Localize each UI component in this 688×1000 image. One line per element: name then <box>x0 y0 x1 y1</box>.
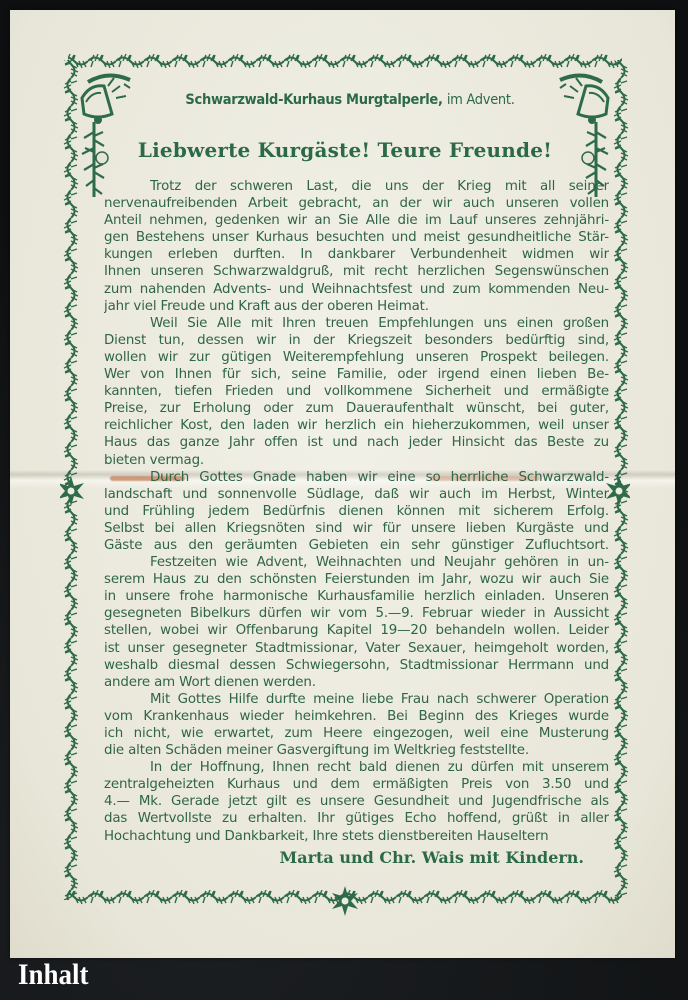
body-line: Haus das ganze Jahr offen ist und nach j… <box>104 434 609 451</box>
body-line: wollen wir zur gütigen Weiterempfehlung … <box>104 349 609 366</box>
body-line: zum nahenden Advents- und Weihnachtsfest… <box>104 281 609 298</box>
body-line: Preise, zur Erholung oder zum Daueraufen… <box>104 400 609 417</box>
salutation-heading: Liebwerte Kurgäste! Teure Freunde! <box>120 138 570 162</box>
body-line: bieten vermag. <box>104 452 609 469</box>
body-line: andere am Wort dienen werden. <box>104 674 609 691</box>
letterhead-suffix: im Advent. <box>447 92 515 108</box>
body-line: Hochachtung und Dankbarkeit, Ihre stets … <box>104 828 609 845</box>
content-caption: Inhalt <box>18 958 89 992</box>
body-line: reichlicher Kost, den laden wir herzlich… <box>104 417 609 434</box>
body-line: 4.— Mk. Gerade jetzt gilt es unsere Gesu… <box>104 793 609 810</box>
letter-body: Trotz der schweren Last, die uns der Kri… <box>104 178 609 845</box>
body-line: die alten Schäden meiner Gasvergiftung i… <box>104 742 609 759</box>
body-line: nervenaufreibenden Arbeit gebracht, an d… <box>104 195 609 212</box>
body-line: ist unser gesegneter Stadtmissionar, Vat… <box>104 640 609 657</box>
body-line: ich nicht, wie erwartet, zum Heere einge… <box>104 725 609 742</box>
body-line: Selbst bei allen Kriegsnöten sind wir fü… <box>104 520 609 537</box>
body-line: in unsere frohe harmonische Kurhausfamil… <box>104 588 609 605</box>
body-line: Wer von Ihnen für sich, seine Familie, o… <box>104 366 609 383</box>
body-line: stellen, wobei wir Offenbarung Kapitel 1… <box>104 622 609 639</box>
body-line: jahr viel Freude und Kraft aus der obere… <box>104 298 609 315</box>
body-line: landschaft und sonnenvolle Südlage, daß … <box>104 486 609 503</box>
body-line: Ihnen unseren Schwarzwaldgruß, mit recht… <box>104 263 609 280</box>
body-line: Mit Gottes Hilfe durfte meine liebe Frau… <box>104 691 609 708</box>
body-line: Trotz der schweren Last, die uns der Kri… <box>104 178 609 195</box>
body-line: Dienst tun, dessen wir in der Kriegszeit… <box>104 332 609 349</box>
body-line: vom Krankenhaus wieder heimkehren. Bei B… <box>104 708 609 725</box>
letterhead: Schwarzwald-Kurhaus Murgtalperle, im Adv… <box>150 92 550 108</box>
body-line: zentralgeheizten Kurhaus und dem ermäßig… <box>104 776 609 793</box>
body-line: Durch Gottes Gnade haben wir eine so her… <box>104 469 609 486</box>
body-line: In der Hoffnung, Ihnen recht bald dienen… <box>104 759 609 776</box>
body-line: Anteil nehmen, gedenken wir an Sie Alle … <box>104 212 609 229</box>
body-line: und Frühling jedem Bedürfnis dienen könn… <box>104 503 609 520</box>
kurhaus-name: Schwarzwald-Kurhaus Murgtalperle, <box>185 92 442 108</box>
signature: Marta und Chr. Wais mit Kindern. <box>279 848 584 867</box>
body-line: das Wertvollste zu erhalten. Ihr gütiges… <box>104 810 609 827</box>
body-line: Gäste aus den geräumten Gebieten ein seh… <box>104 537 609 554</box>
body-line: Festzeiten wie Advent, Weihnachten und N… <box>104 554 609 571</box>
body-line: kungen erleben durften. In dankbarer Ver… <box>104 246 609 263</box>
body-line: gen Bestehens unser Kurhaus besuchten un… <box>104 229 609 246</box>
body-line: weshalb diesmal dessen Schwiegersohn, St… <box>104 657 609 674</box>
body-line: serem Haus zu den schönsten Feierstunden… <box>104 571 609 588</box>
body-line: kannten, tiefen Frieden und vollkommene … <box>104 383 609 400</box>
body-line: Weil Sie Alle mit Ihren treuen Empfehlun… <box>104 315 609 332</box>
body-line: gesegneten Bibelkurs dürfen wir vom 5.—9… <box>104 605 609 622</box>
